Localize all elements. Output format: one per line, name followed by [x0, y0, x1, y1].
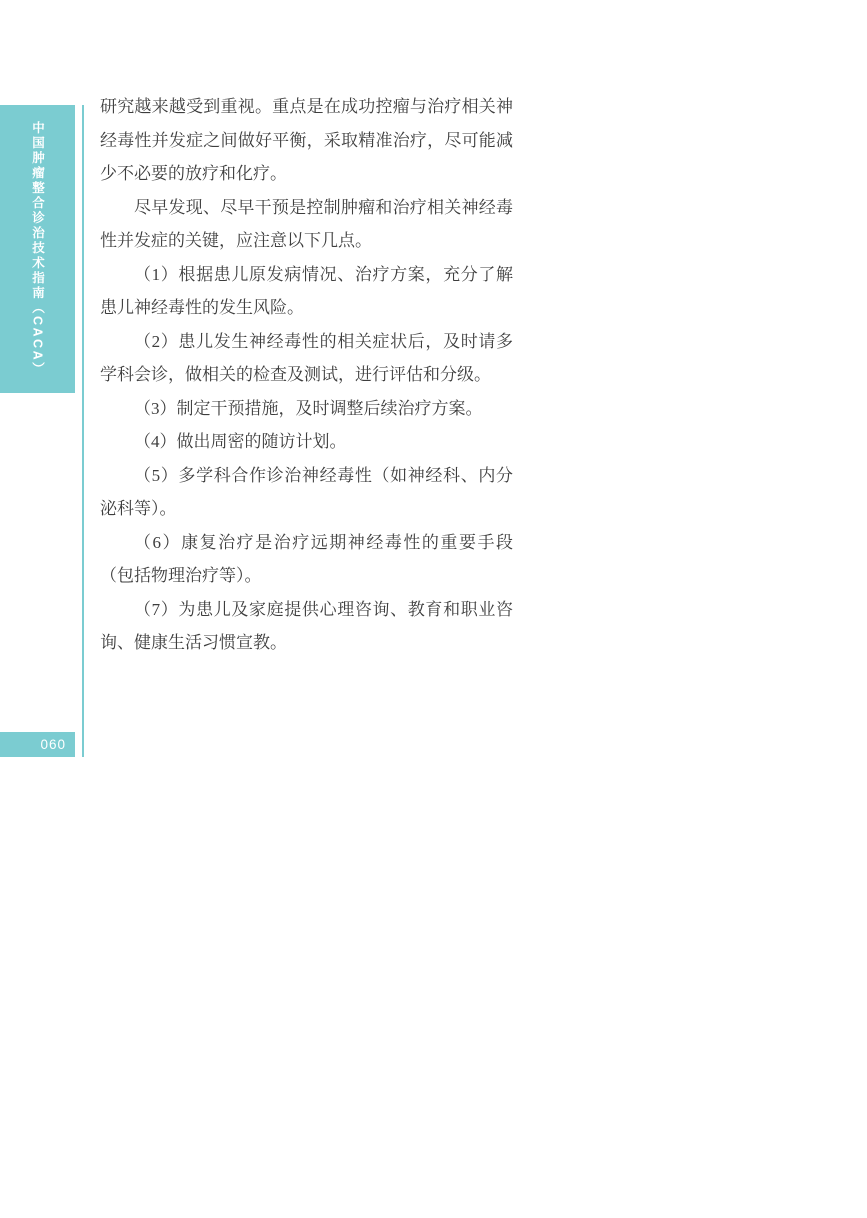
- spine-divider-line: [82, 105, 84, 757]
- paragraph: （7）为患儿及家庭提供心理咨询、教育和职业咨询、健康生活习惯宣教。: [100, 593, 513, 660]
- paragraph: （2）患儿发生神经毒性的相关症状后，及时请多学科会诊，做相关的检查及测试，进行评…: [100, 325, 513, 392]
- book-page: 中国肿瘤整合诊治技术指南（CACA） 060 研究越来越受到重视。重点是在成功控…: [0, 0, 867, 1218]
- paragraph: （4）做出周密的随访计划。: [100, 425, 513, 459]
- page-number-badge: 060: [0, 732, 75, 757]
- book-title-vertical: 中国肿瘤整合诊治技术指南（CACA）: [29, 121, 47, 377]
- paragraph: 研究越来越受到重视。重点是在成功控瘤与治疗相关神经毒性并发症之间做好平衡，采取精…: [100, 90, 513, 191]
- body-text-column: 研究越来越受到重视。重点是在成功控瘤与治疗相关神经毒性并发症之间做好平衡，采取精…: [100, 90, 513, 660]
- paragraph: （5）多学科合作诊治神经毒性（如神经科、内分泌科等）。: [100, 459, 513, 526]
- spine-title-block: 中国肿瘤整合诊治技术指南（CACA）: [0, 105, 75, 393]
- paragraph: （3）制定干预措施，及时调整后续治疗方案。: [100, 392, 513, 426]
- paragraph: 尽早发现、尽早干预是控制肿瘤和治疗相关神经毒性并发症的关键，应注意以下几点。: [100, 191, 513, 258]
- paragraph: （1）根据患儿原发病情况、治疗方案，充分了解患儿神经毒性的发生风险。: [100, 258, 513, 325]
- paragraph: （6）康复治疗是治疗远期神经毒性的重要手段（包括物理治疗等）。: [100, 526, 513, 593]
